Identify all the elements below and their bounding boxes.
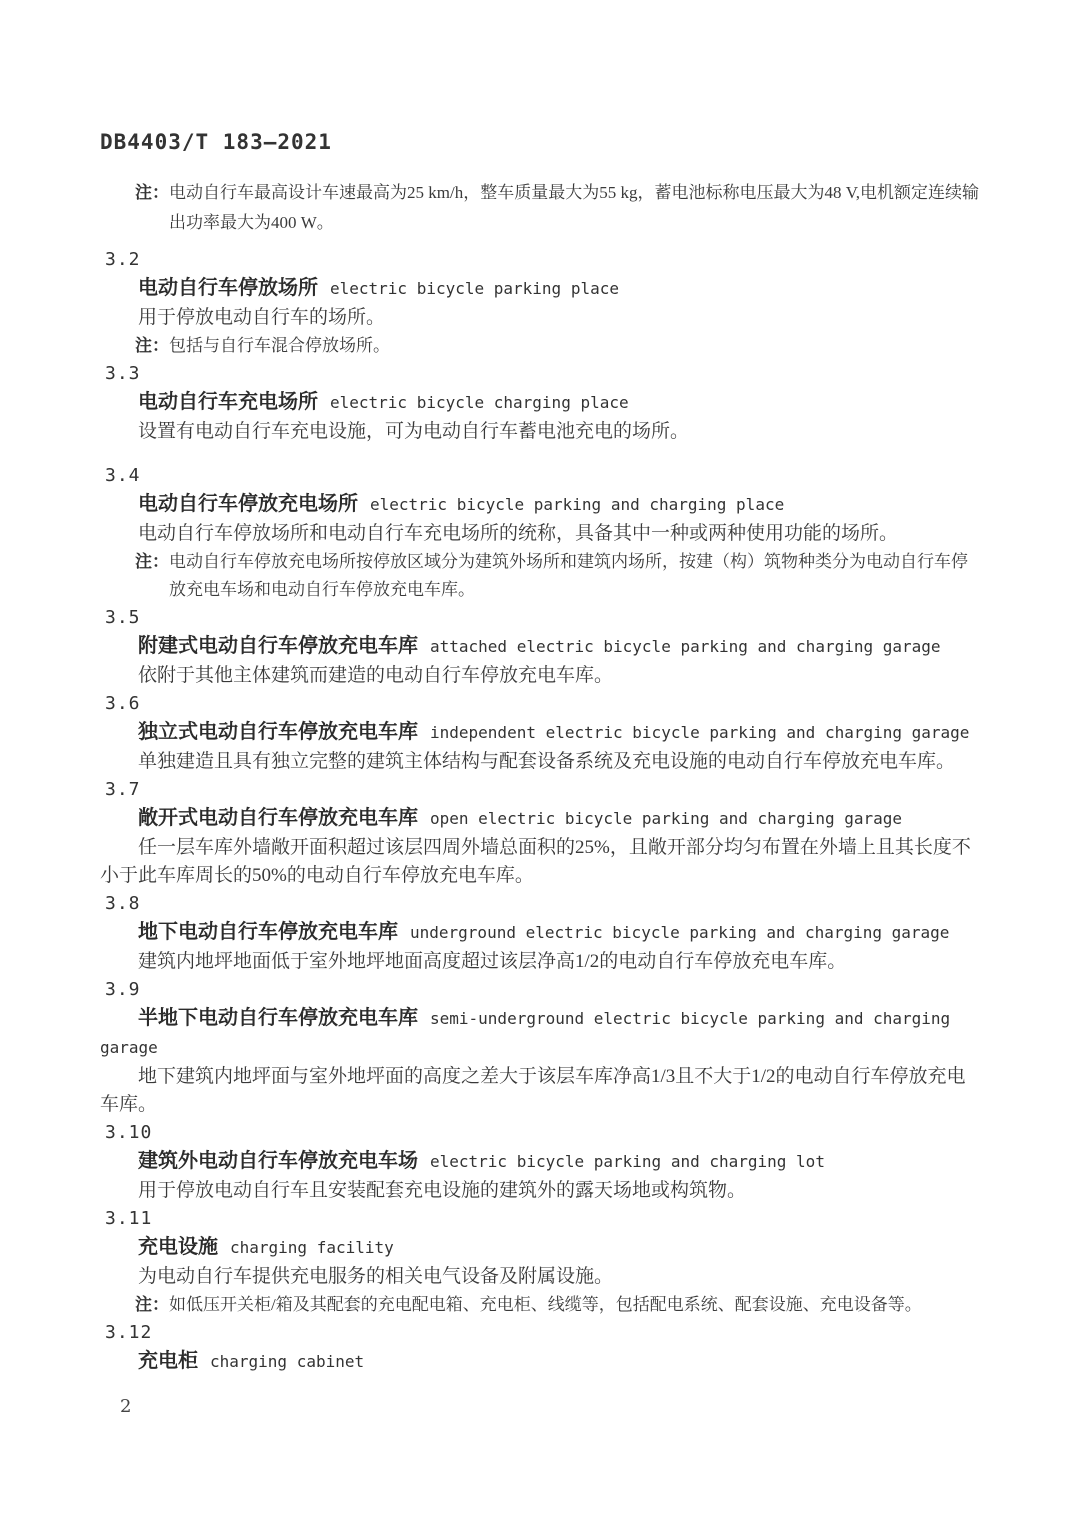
section-number: 3.4 [100,462,980,490]
term-definition: 用于停放电动自行车的场所。 [100,304,980,332]
term-line: 附建式电动自行车停放充电车库attached electric bicycle … [100,632,980,662]
terms-list: 3.2 电动自行车停放场所electric bicycle parking pl… [100,246,980,1377]
term-definition: 单独建造且具有独立完整的建筑主体结构与配套设备系统及充电设施的电动自行车停放充电… [100,748,980,776]
page-content: DB4403/T 183—2021 注：电动自行车最高设计车速最高为25 km/… [0,0,1080,1377]
term-definition: 地下建筑内地坪面与室外地坪面的高度之差大于该层车库净高1/3且不大于1/2的电动… [100,1063,980,1119]
term-english: charging facility [230,1238,394,1257]
note-text: 电动自行车停放充电场所按停放区域分为建筑外场所和建筑内场所，按建（构）筑物种类分… [169,552,968,599]
term-line: 电动自行车充电场所electric bicycle charging place [100,388,980,418]
term-chinese: 电动自行车停放充电场所 [138,493,358,515]
intro-note: 注：电动自行车最高设计车速最高为25 km/h，整车质量最大为55 kg，蓄电池… [135,178,980,238]
document-page: DB4403/T 183—2021 注：电动自行车最高设计车速最高为25 km/… [0,0,1080,1527]
term-english: charging cabinet [210,1352,364,1371]
section-number: 3.7 [100,776,980,804]
term-section: 3.6 独立式电动自行车停放充电车库independent electric b… [100,690,980,776]
term-line: 充电设施charging facility [100,1233,980,1263]
term-section: 3.11 充电设施charging facility 为电动自行车提供充电服务的… [100,1205,980,1319]
term-section: 3.9 半地下电动自行车停放充电车库semi-underground elect… [100,976,980,1119]
term-english: electric bicycle parking and charging lo… [430,1152,825,1171]
section-number: 3.8 [100,890,980,918]
section-number: 3.10 [100,1119,980,1147]
section-number: 3.9 [100,976,980,1004]
term-chinese: 敞开式电动自行车停放充电车库 [138,807,418,829]
term-line: 充电柜charging cabinet [100,1347,980,1377]
term-chinese: 地下电动自行车停放充电车库 [138,921,398,943]
term-line: 敞开式电动自行车停放充电车库open electric bicycle park… [100,804,980,834]
term-section: 3.12 充电柜charging cabinet [100,1319,980,1377]
term-note: 注：电动自行车停放充电场所按停放区域分为建筑外场所和建筑内场所，按建（构）筑物种… [135,548,980,604]
section-number: 3.12 [100,1319,980,1347]
term-english: underground electric bicycle parking and… [410,923,949,942]
term-section: 3.10 建筑外电动自行车停放充电车场electric bicycle park… [100,1119,980,1205]
term-english: electric bicycle parking place [330,279,619,298]
page-number: 2 [120,1396,131,1417]
term-section: 3.7 敞开式电动自行车停放充电车库open electric bicycle … [100,776,980,890]
term-english: attached electric bicycle parking and ch… [430,637,941,656]
term-chinese: 电动自行车充电场所 [138,391,318,413]
term-definition: 为电动自行车提供充电服务的相关电气设备及附属设施。 [100,1263,980,1291]
term-definition: 依附于其他主体建筑而建造的电动自行车停放充电车库。 [100,662,980,690]
section-number: 3.2 [100,246,980,274]
term-line: 半地下电动自行车停放充电车库semi-underground electric … [100,1004,980,1063]
term-chinese: 半地下电动自行车停放充电车库 [138,1007,418,1029]
term-english: electric bicycle parking and charging pl… [370,495,784,514]
term-chinese: 充电柜 [138,1350,198,1372]
term-line: 独立式电动自行车停放充电车库independent electric bicyc… [100,718,980,748]
term-line: 电动自行车停放充电场所electric bicycle parking and … [100,490,980,520]
term-chinese: 充电设施 [138,1236,218,1258]
document-code-header: DB4403/T 183—2021 [100,130,980,154]
note-text: 如低压开关柜/箱及其配套的充电配电箱、充电柜、线缆等，包括配电系统、配套设施、充… [169,1295,922,1314]
term-note: 注：包括与自行车混合停放场所。 [135,332,980,360]
note-label: 注： [135,552,169,571]
term-note: 注：如低压开关柜/箱及其配套的充电配电箱、充电柜、线缆等，包括配电系统、配套设施… [135,1291,980,1319]
term-english: open electric bicycle parking and chargi… [430,809,902,828]
section-number: 3.5 [100,604,980,632]
section-number: 3.6 [100,690,980,718]
section-number: 3.11 [100,1205,980,1233]
term-definition: 设置有电动自行车充电设施，可为电动自行车蓄电池充电的场所。 [100,418,980,446]
term-english: electric bicycle charging place [330,393,629,412]
term-definition: 建筑内地坪地面低于室外地坪地面高度超过该层净高1/2的电动自行车停放充电车库。 [100,948,980,976]
term-section: 3.2 电动自行车停放场所electric bicycle parking pl… [100,246,980,360]
section-number: 3.3 [100,360,980,388]
term-section: 3.5 附建式电动自行车停放充电车库attached electric bicy… [100,604,980,690]
term-line: 建筑外电动自行车停放充电车场electric bicycle parking a… [100,1147,980,1177]
term-definition: 电动自行车停放场所和电动自行车充电场所的统称，具备其中一种或两种使用功能的场所。 [100,520,980,548]
note-text: 包括与自行车混合停放场所。 [169,336,390,355]
term-section: 3.3 电动自行车充电场所electric bicycle charging p… [100,360,980,446]
note-label: 注： [135,183,169,202]
term-chinese: 建筑外电动自行车停放充电车场 [138,1150,418,1172]
term-chinese: 电动自行车停放场所 [138,277,318,299]
note-label: 注： [135,1295,169,1314]
note-text: 电动自行车最高设计车速最高为25 km/h，整车质量最大为55 kg，蓄电池标称… [169,183,979,232]
term-definition: 任一层车库外墙敞开面积超过该层四周外墙总面积的25%，且敞开部分均匀布置在外墙上… [100,834,980,890]
term-section: 3.8 地下电动自行车停放充电车库underground electric bi… [100,890,980,976]
note-label: 注： [135,336,169,355]
term-section: 3.4 电动自行车停放充电场所electric bicycle parking … [100,462,980,604]
term-chinese: 独立式电动自行车停放充电车库 [138,721,418,743]
term-definition: 用于停放电动自行车且安装配套充电设施的建筑外的露天场地或构筑物。 [100,1177,980,1205]
term-line: 地下电动自行车停放充电车库underground electric bicycl… [100,918,980,948]
term-chinese: 附建式电动自行车停放充电车库 [138,635,418,657]
term-line: 电动自行车停放场所electric bicycle parking place [100,274,980,304]
term-english: independent electric bicycle parking and… [430,723,969,742]
